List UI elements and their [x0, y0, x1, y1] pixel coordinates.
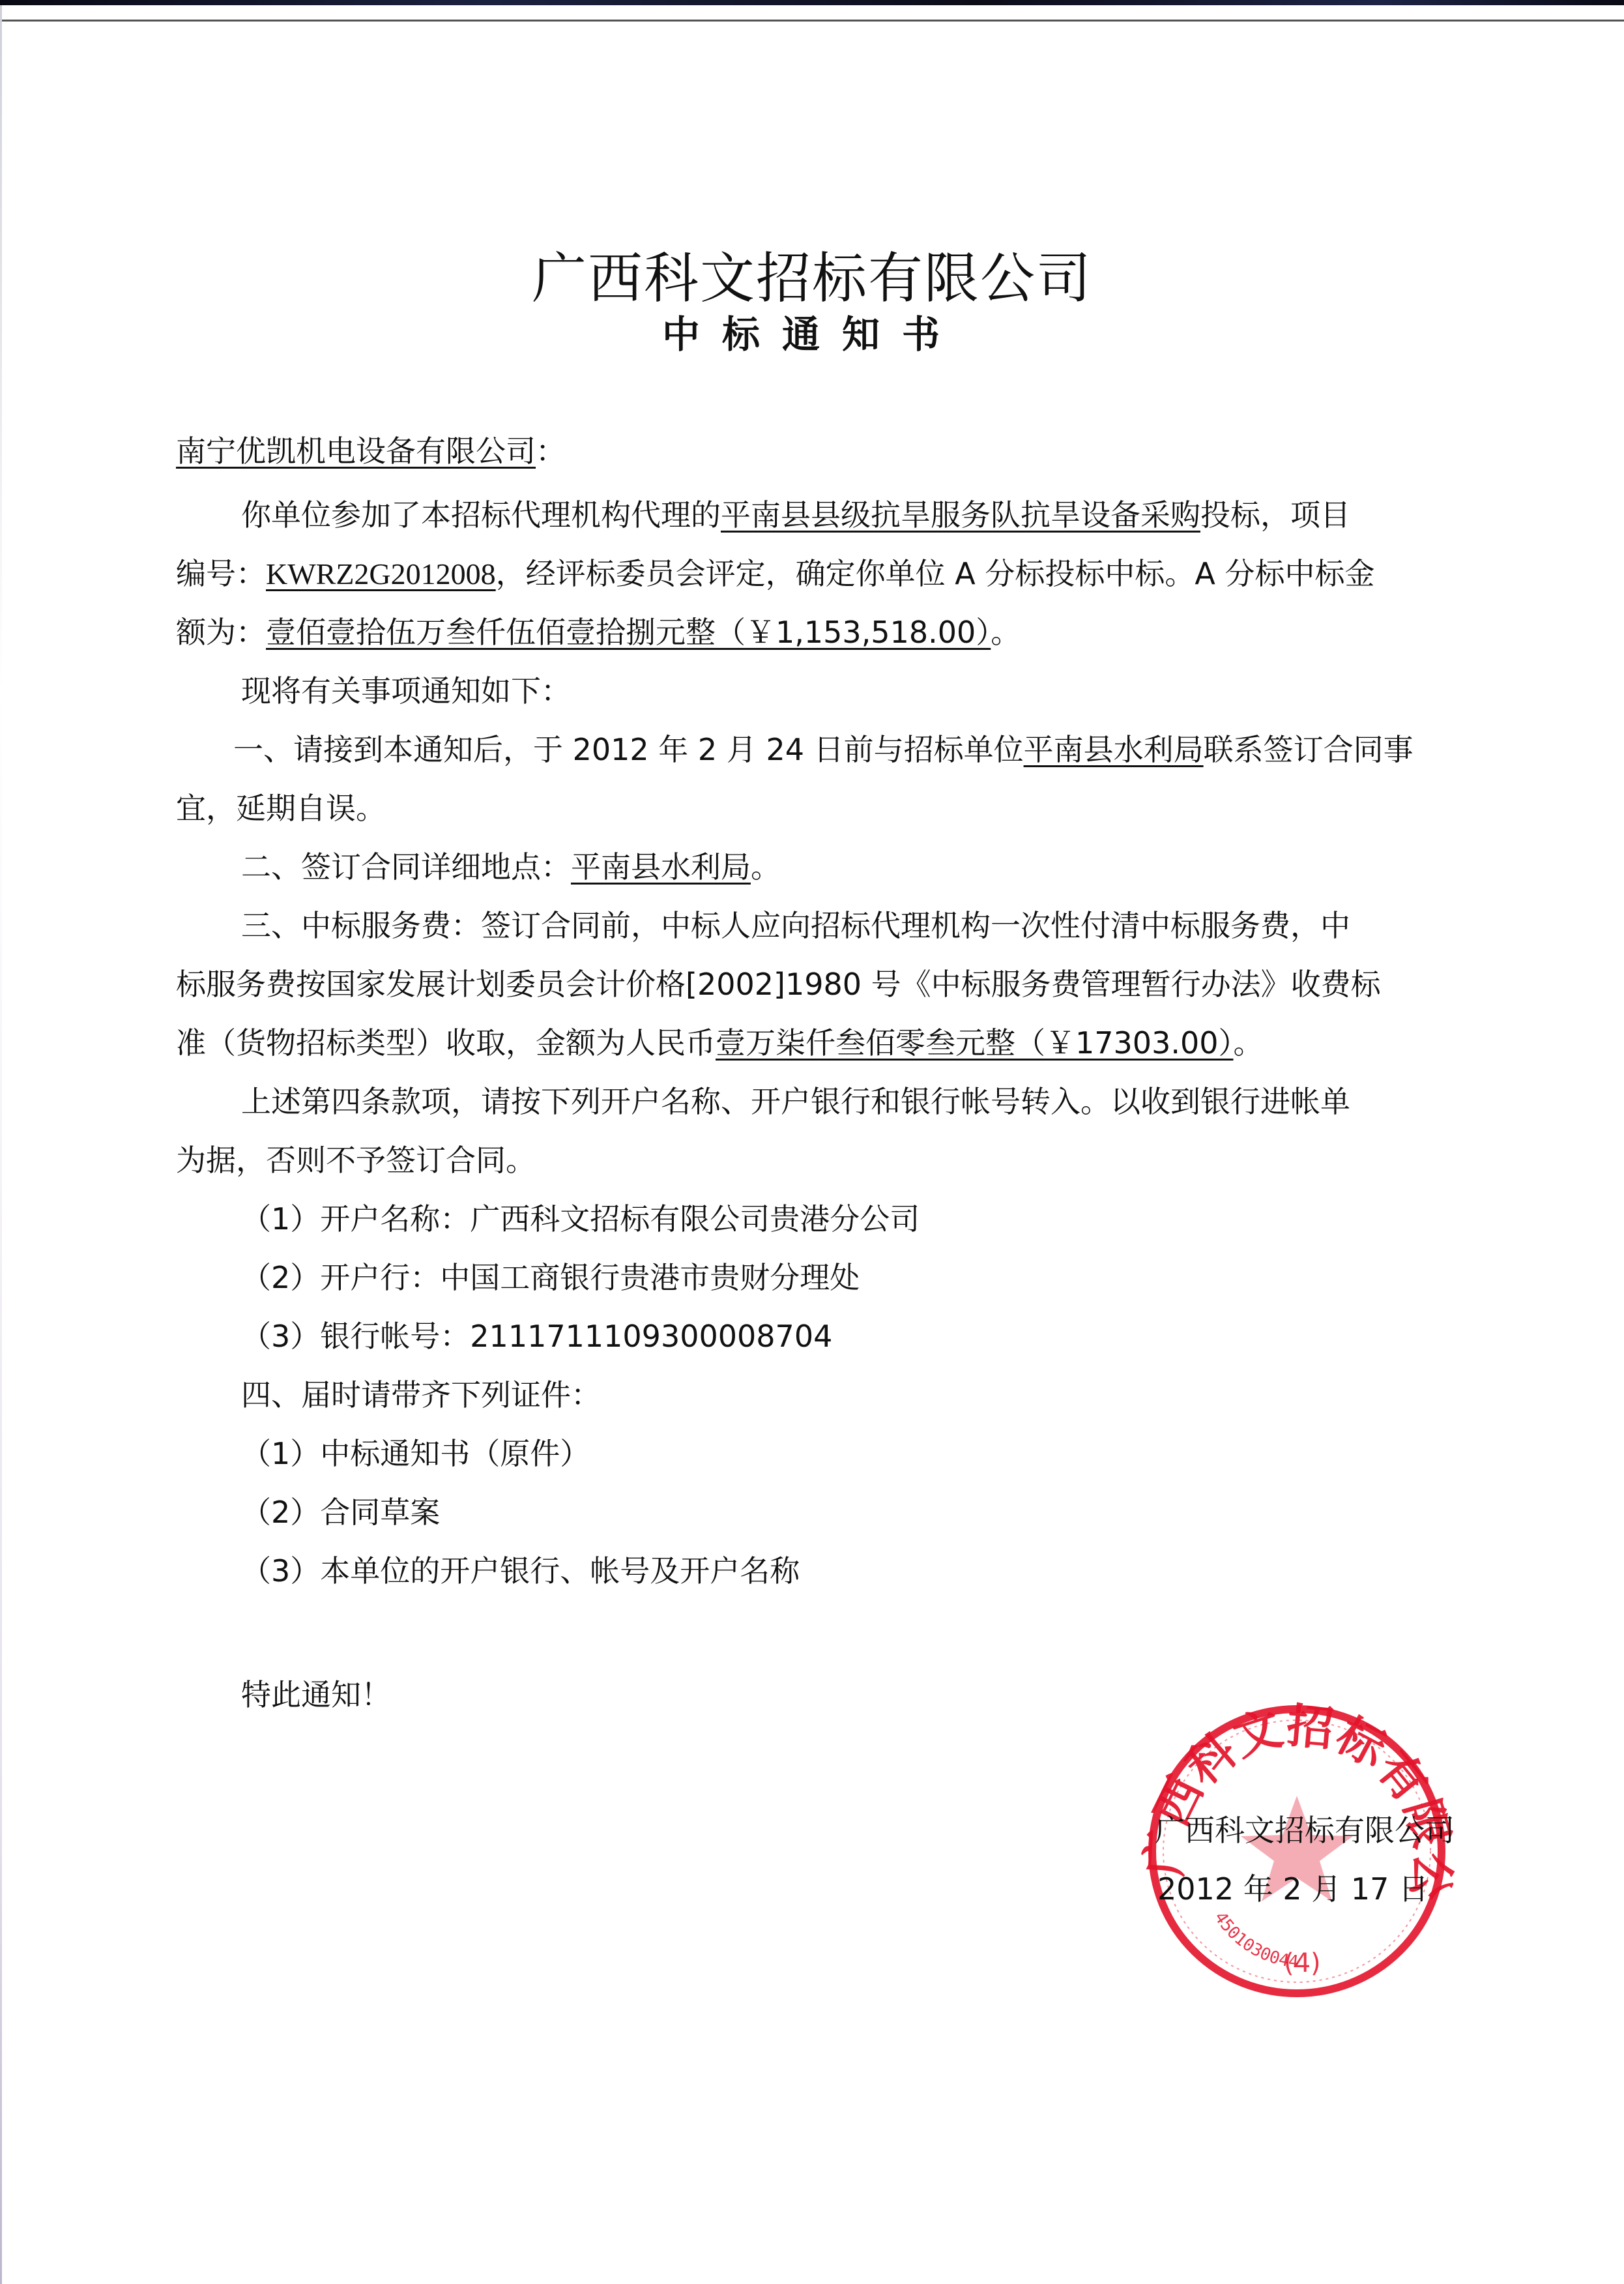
required-document: （1）中标通知书（原件）	[241, 1434, 1525, 1473]
item1-line2: 宜，延期自误。	[176, 789, 1460, 828]
scan-edge-top	[0, 0, 1624, 5]
project-number: KWRZ2G2012008	[266, 557, 496, 591]
company-seal-stamp: 广西科文招标有限公司 (4) 4501030044	[1134, 1698, 1460, 2004]
text: 。	[1234, 1025, 1264, 1061]
item3-line1: 三、中标服务费：签订合同前，中标人应向招标代理机构一次性付清中标服务费，中	[241, 906, 1525, 945]
payment-note-line1: 上述第四条款项，请按下列开户名称、开户银行和银行帐号转入。以收到银行进帐单	[241, 1082, 1525, 1121]
text: 一、请接到本通知后，于 2012 年 2 月 24 日前与招标单位	[233, 732, 1024, 767]
recipient-line: 南宁优凯机电设备有限公司：	[176, 432, 1460, 471]
award-amount: 壹佰壹拾伍万叁仟伍佰壹拾捌元整（￥1,153,518.00）	[266, 615, 991, 650]
text: 你单位参加了本招标代理机构代理的	[241, 497, 721, 533]
item3-line2: 标服务费按国家发展计划委员会计价格[2002]1980 号《中标服务费管理暂行办…	[176, 965, 1460, 1004]
label: （3）银行帐号：	[241, 1319, 470, 1354]
signature-date: 2012 年 2 月 17 日	[1157, 1869, 1428, 1909]
item2-line: 二、签订合同详细地点：平南县水利局。	[241, 847, 1525, 886]
project-name: 平南县县级抗旱服务队抗旱设备采购	[721, 497, 1200, 533]
value: 广西科文招标有限公司贵港分公司	[470, 1201, 920, 1237]
signature-company: 广西科文招标有限公司	[1155, 1811, 1455, 1850]
text: 。	[991, 615, 1021, 650]
bank-account-name: （1）开户名称：广西科文招标有限公司贵港分公司	[241, 1199, 1525, 1238]
para1-line3: 额为：壹佰壹拾伍万叁仟伍佰壹拾捌元整（￥1,153,518.00）。	[176, 613, 1460, 652]
text: 二、签订合同详细地点：	[241, 849, 571, 885]
bank-branch: （2）开户行：中国工商银行贵港市贵财分理处	[241, 1258, 1525, 1297]
text: 。	[751, 849, 781, 885]
text: 准（货物招标类型）收取，金额为人民币	[176, 1025, 716, 1061]
seal-code: 4501030044	[1210, 1909, 1299, 1972]
text: 联系签订合同事	[1204, 732, 1414, 767]
intro-line: 现将有关事项通知如下：	[241, 671, 1525, 710]
seal-subtext: (4)	[1284, 1948, 1321, 1978]
recipient-name: 南宁优凯机电设备有限公司	[176, 433, 536, 469]
svg-text:4501030044: 4501030044	[1210, 1909, 1299, 1972]
text: 投标，项目	[1200, 497, 1350, 533]
service-fee-amount: 壹万柒仟叁佰零叁元整（￥17303.00）	[716, 1025, 1234, 1061]
item3-line3: 准（货物招标类型）收取，金额为人民币壹万柒仟叁佰零叁元整（￥17303.00）。	[176, 1023, 1460, 1062]
label: （1）开户名称：	[241, 1201, 470, 1237]
value: 中国工商银行贵港市贵财分理处	[440, 1260, 860, 1295]
required-document: （2）合同草案	[241, 1493, 1525, 1532]
item4-heading: 四、届时请带齐下列证件：	[241, 1375, 1525, 1414]
scan-fold-line	[0, 20, 1624, 22]
company-title: 广西科文招标有限公司	[0, 235, 1624, 314]
para1-line2: 编号：KWRZ2G2012008，经评标委员会评定，确定你单位 A 分标投标中标…	[176, 554, 1460, 594]
payment-note-line2: 为据，否则不予签订合同。	[176, 1141, 1460, 1180]
text: 额为：	[176, 615, 266, 650]
para1-line1: 你单位参加了本招标代理机构代理的平南县县级抗旱服务队抗旱设备采购投标，项目	[241, 495, 1525, 534]
closing-text: 特此通知！	[241, 1675, 1525, 1714]
text: 编号：	[176, 556, 266, 591]
label: （2）开户行：	[241, 1260, 440, 1295]
signing-location: 平南县水利局	[571, 849, 751, 885]
recipient-colon: ：	[536, 433, 566, 469]
document-title: 中标通知书	[0, 304, 1624, 359]
tenderer-name: 平南县水利局	[1024, 732, 1204, 767]
required-document: （3）本单位的开户银行、帐号及开户名称	[241, 1551, 1525, 1590]
value: 21117111093000087­04	[470, 1319, 832, 1354]
text: ，经评标委员会评定，确定你单位 A 分标投标中标。A 分标中标金	[496, 556, 1375, 591]
item1-line1: 一、请接到本通知后，于 2012 年 2 月 24 日前与招标单位平南县水利局联…	[233, 730, 1517, 769]
bank-account-number: （3）银行帐号：21117111093000087­04	[241, 1317, 1525, 1356]
